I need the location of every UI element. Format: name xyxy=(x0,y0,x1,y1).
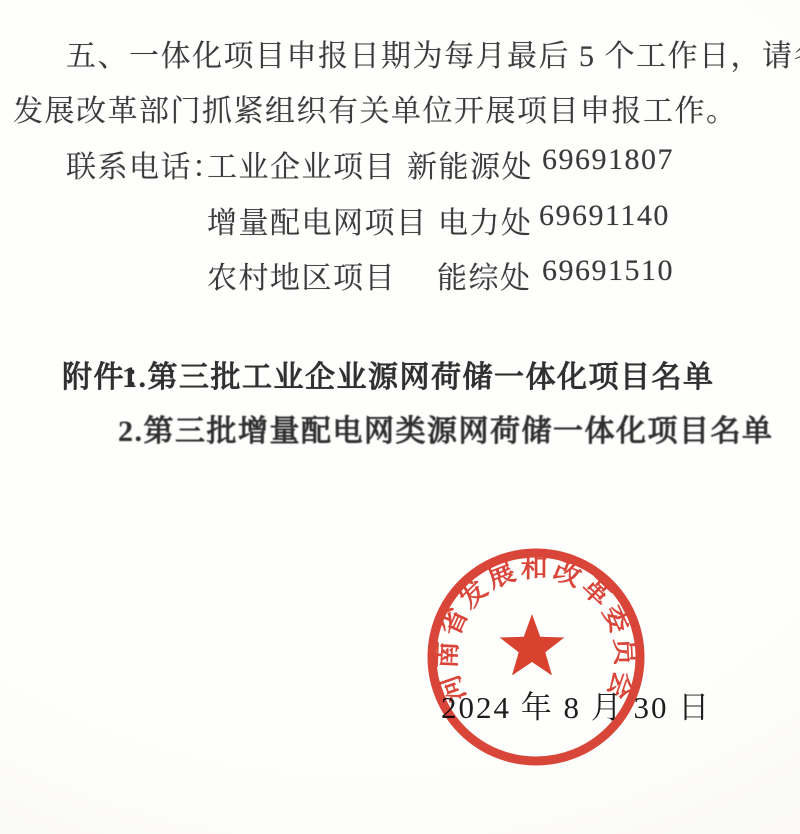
star-icon xyxy=(500,614,565,676)
contact-project-2: 增量配电网项目 xyxy=(207,198,428,242)
contact-project-1: 工业企业项目 xyxy=(207,142,396,186)
paragraph-line-1: 五、一体化项目申报日期为每月最后 5 个工作日，请各地 xyxy=(66,31,800,75)
document-page: 五、一体化项目申报日期为每月最后 5 个工作日，请各地 发展改革部门抓紧组织有关… xyxy=(0,0,800,834)
contact-phone-2: 69691140 xyxy=(539,199,670,233)
official-seal: 河南省发展和改革委员会 xyxy=(420,538,654,772)
contact-project-3: 农村地区项目 xyxy=(207,253,396,297)
contact-phone-1: 69691807 xyxy=(542,143,674,177)
contact-department-3: 能综处 xyxy=(437,253,532,297)
contact-label: 联系电话： xyxy=(66,142,224,186)
contact-phone-3: 69691510 xyxy=(542,254,674,288)
contact-department-2: 电力处 xyxy=(438,198,533,242)
issue-date: 2024 年 8 月 30 日 xyxy=(441,682,711,727)
attachment-item-1: 1.第三批工业企业源网荷储一体化项目名单 xyxy=(122,352,715,396)
contact-department-1: 新能源处 xyxy=(407,142,533,186)
paragraph-line-2: 发展改革部门抓紧组织有关单位开展项目申报工作。 xyxy=(13,86,738,130)
attachment-item-2: 2.第三批增量配电网类源网荷储一体化项目名单 xyxy=(118,406,774,450)
